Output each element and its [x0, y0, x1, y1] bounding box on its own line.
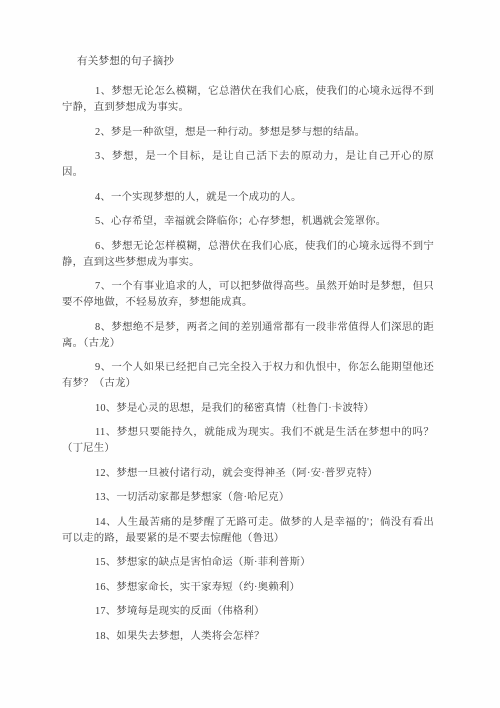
quote-item-10: 10、梦是心灵的思想，是我们的秘密真情（杜鲁门·卡波特） [62, 401, 434, 417]
quote-item-4: 4、一个实现梦想的人，就是一个成功的人。 [62, 190, 434, 206]
quote-item-11: 11、梦想只要能持久，就能成为现实。我们不就是生活在梦想中的吗？（丁尼生） [62, 425, 434, 457]
quote-item-6: 6、梦想无论怎样模糊，总潜伏在我们心底，使我们的心境永远得不到宁静，直到这些梦想… [62, 239, 434, 271]
quote-item-3: 3、梦想，是一个目标，是让自己活下去的原动力，是让自己开心的原因。 [62, 149, 434, 181]
quote-item-18: 18、如果失去梦想，人类将会怎样？ [62, 629, 434, 645]
quote-item-2: 2、梦是一种欲望，想是一种行动。梦想是梦与想的结晶。 [62, 125, 434, 141]
quote-item-9: 9、一个人如果已经把自己完全投入于权力和仇恨中，你怎么能期望他还有梦？（古龙） [62, 360, 434, 392]
quote-item-15: 15、梦想家的缺点是害怕命运（斯·菲利普斯） [62, 555, 434, 571]
quote-item-17: 17、梦境每是现实的反面（伟格利） [62, 604, 434, 620]
quote-item-5: 5、心存希望，幸福就会降临你；心存梦想，机遇就会笼罩你。 [62, 214, 434, 230]
quote-item-12: 12、梦想一旦被付诸行动，就会变得神圣（阿·安·普罗克特） [62, 466, 434, 482]
page-title: 有关梦想的句子摘抄 [62, 54, 434, 70]
quote-item-1: 1、梦想无论怎么模糊，它总潜伏在我们心底，使我们的心境永远得不到宁静，直到梦想成… [62, 84, 434, 116]
quote-item-8: 8、梦想绝不是梦，两者之间的差别通常都有一段非常值得人们深思的距离。（古龙） [62, 320, 434, 352]
quote-item-7: 7、一个有事业追求的人，可以把梦做得高些。虽然开始时是梦想，但只要不停地做，不轻… [62, 279, 434, 311]
quote-item-16: 16、梦想家命长，实干家寿短（约·奥赖利） [62, 580, 434, 596]
document-page: 有关梦想的句子摘抄 1、梦想无论怎么模糊，它总潜伏在我们心底，使我们的心境永远得… [0, 0, 500, 708]
quote-item-13: 13、一切活动家都是梦想家（詹·哈尼克） [62, 490, 434, 506]
quote-item-14: 14、人生最苦痛的是梦醒了无路可走。做梦的人是幸福的'；倘没有看出可以走的路，最… [62, 515, 434, 547]
